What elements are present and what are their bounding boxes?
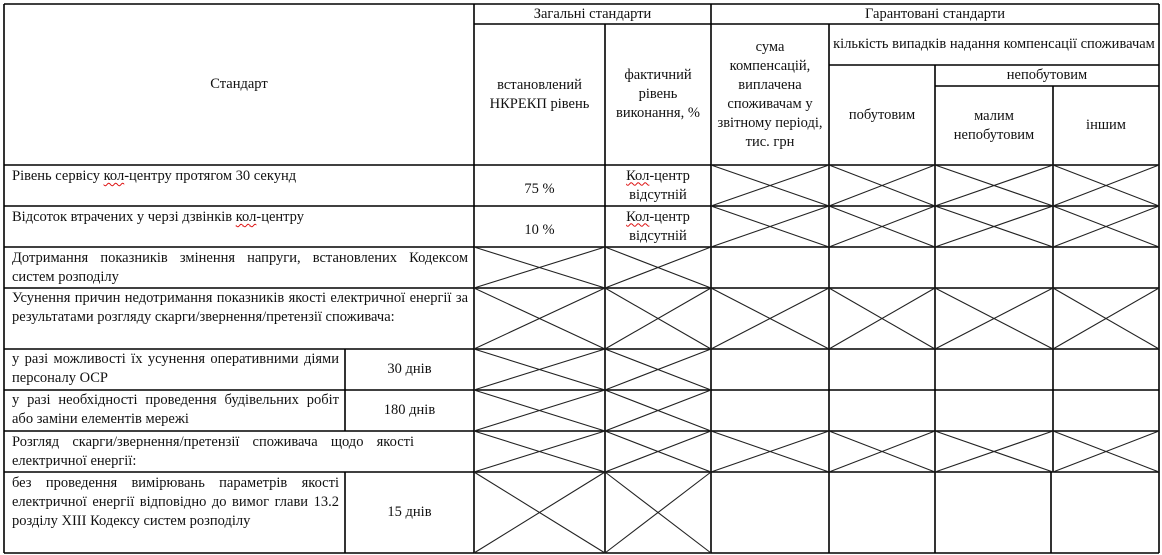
row-set-level-value: 75 % [474, 165, 605, 206]
header-actual-level: фактичний рівень виконання, % [605, 24, 711, 165]
header-set-level: встановлений НКРЕКП рівень [474, 24, 605, 165]
row-term-value: 30 днів [345, 349, 474, 390]
row-label-voltage-compliance: Дотримання показників змінення напруги, … [4, 247, 474, 288]
row-actual-level-value: Кол-центр відсутній [605, 165, 711, 206]
row-term-value: 180 днів [345, 390, 474, 431]
row-label-lost-calls-percentage: Відсоток втрачених у черзі дзвінків кол-… [4, 206, 474, 247]
header-general-standards: Загальні стандарти [474, 4, 711, 24]
row-set-level-value: 10 % [474, 206, 605, 247]
row-label-construction-works: у разі необхідності проведення будівельн… [4, 390, 345, 431]
row-term-value: 15 днів [345, 472, 474, 553]
row-label-call-center-service-level: Рівень сервісу кол-центру протягом 30 се… [4, 165, 474, 206]
header-other: іншим [1053, 86, 1159, 165]
row-label-without-measurements: без проведення вимірювань параметрів яко… [4, 472, 345, 553]
row-label-quality-issue-elimination: Усунення причин недотримання показників … [4, 288, 474, 349]
row-actual-level-value: Кол-центр відсутній [605, 206, 711, 247]
row-label-complaint-review: Розгляд скарги/звернення/претензії спожи… [4, 431, 474, 472]
row-label-operational-elimination: у разі можливості їх усунення оперативни… [4, 349, 345, 390]
header-guaranteed-standards: Гарантовані стандарти [711, 4, 1159, 24]
header-standard: Стандарт [4, 4, 474, 165]
header-compensation-cases: кількість випадків надання компенсації с… [829, 24, 1159, 65]
header-compensation-sum: сума компенсацій, виплачена споживачам у… [711, 24, 829, 165]
header-small-non-household: малим непобутовим [935, 86, 1053, 165]
header-household: побутовим [829, 65, 935, 165]
header-non-household: непобутовим [935, 65, 1159, 86]
